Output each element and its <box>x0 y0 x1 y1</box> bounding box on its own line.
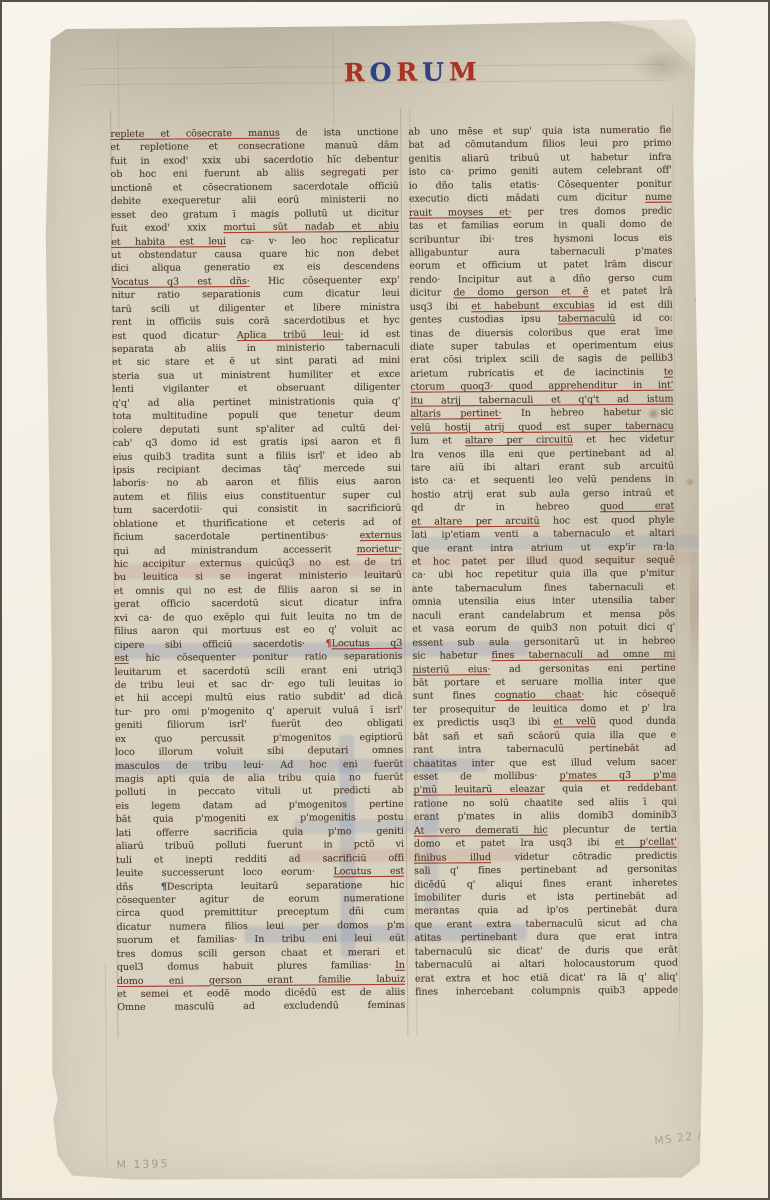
text-column-right: ab uno mēse et sup' quia ista numeratio … <box>408 124 678 1018</box>
text-line: lum et altare per circuitū et hec videtu… <box>411 433 674 449</box>
stain-spot <box>685 477 695 486</box>
running-title-letter: R <box>396 58 422 87</box>
rubricated-text: Vocatus q3 est dñs· <box>111 276 249 288</box>
rubricated-text: At vero demerati hic <box>414 824 548 836</box>
rubricated-text: te <box>664 367 673 378</box>
rubricated-text: Locutus est <box>333 866 404 878</box>
rubricated-text: externus <box>360 530 402 541</box>
stain-spot <box>690 549 701 669</box>
parchment-leaf: RORUM replete et cōsecrate manus de ista… <box>43 19 704 1182</box>
rubricated-text: quod erat <box>600 501 674 513</box>
rubricated-text: itu atrij tabernaculi et q'q't ad istum <box>410 393 673 406</box>
text-line: sali q' fines pertinebant ad gersonitas <box>414 863 677 879</box>
text-line: Omne masculū ad excludendū feminas <box>117 999 405 1015</box>
rubricated-text: et altare per arcuitū <box>411 515 539 527</box>
rubricated-text: nume <box>645 192 672 203</box>
text-line: sic habetur fines tabernaculi ad omne mi <box>412 648 675 664</box>
rubricated-text: p'mates q3 p'ma <box>559 770 676 782</box>
text-line: fines inhercebant columpnis quib3 appede <box>415 984 678 1000</box>
rubricated-text: Aplica tribū leui· <box>237 329 344 341</box>
rubricated-text: domo eni gerson erant familie labuiz <box>117 973 405 986</box>
rubricated-text: et p'cellat' <box>615 837 677 848</box>
rubricated-text: morietur· <box>357 543 402 554</box>
rubricated-text: altare per circuitū <box>465 434 573 446</box>
rubricated-text: est <box>114 653 128 664</box>
rubricated-text: Locutus q3 <box>332 637 403 649</box>
stain-spot <box>632 47 692 83</box>
rubricated-text: velū hostij atrij quod est super taberna… <box>411 420 674 433</box>
rubricated-text: In <box>395 960 405 971</box>
ruling-line <box>118 36 120 128</box>
rubricated-text: p'mū leuitarū eleazar <box>413 784 544 796</box>
rubricated-text: et habita est leui <box>111 236 226 248</box>
manuscript-photo: RORUM replete et cōsecrate manus de ista… <box>0 0 770 1200</box>
ruling-line <box>333 34 335 126</box>
pencil-shelfmark: MS 22 / <box>654 1129 703 1148</box>
rubricated-text: mortui sūt nadab et abiu <box>223 221 399 233</box>
stain-spot <box>694 295 703 304</box>
rubricated-text: fines tabernaculi ad omne mi <box>491 649 675 661</box>
running-title-letter: O <box>370 58 397 87</box>
crease-line <box>105 964 108 1164</box>
rubricated-text: rauit moyses et· <box>409 207 512 219</box>
rubricated-text: replete et cōsecrate manus <box>110 128 279 140</box>
rubricated-text: cognatio chaat· <box>495 690 585 702</box>
rubricated-text: et velū <box>553 717 596 728</box>
running-title-letter: R <box>344 58 370 87</box>
rubricated-text: tabernaculū <box>558 313 616 324</box>
running-title: RORUM <box>344 57 480 92</box>
running-title-letter: U <box>422 57 449 86</box>
text-column-left: replete et cōsecrate manus de ista uncti… <box>110 126 405 1020</box>
rubricated-text: ctorum quoq3· quod apprehenditur in int' <box>410 380 673 393</box>
text-line: tas et familias eorum in quali domo de <box>409 218 672 234</box>
running-title-letter: M <box>449 57 482 86</box>
rubricated-text: finibus illud <box>414 852 491 864</box>
rubricated-text: nisteriū eius· <box>412 664 490 676</box>
rubricated-text: de domo gerson et ē <box>453 287 588 299</box>
pencil-accession-number: M 1395 <box>116 1157 169 1171</box>
rubricated-text: altaris pertinet· <box>410 408 501 420</box>
rubricated-text: et habebunt excubias <box>471 300 594 312</box>
